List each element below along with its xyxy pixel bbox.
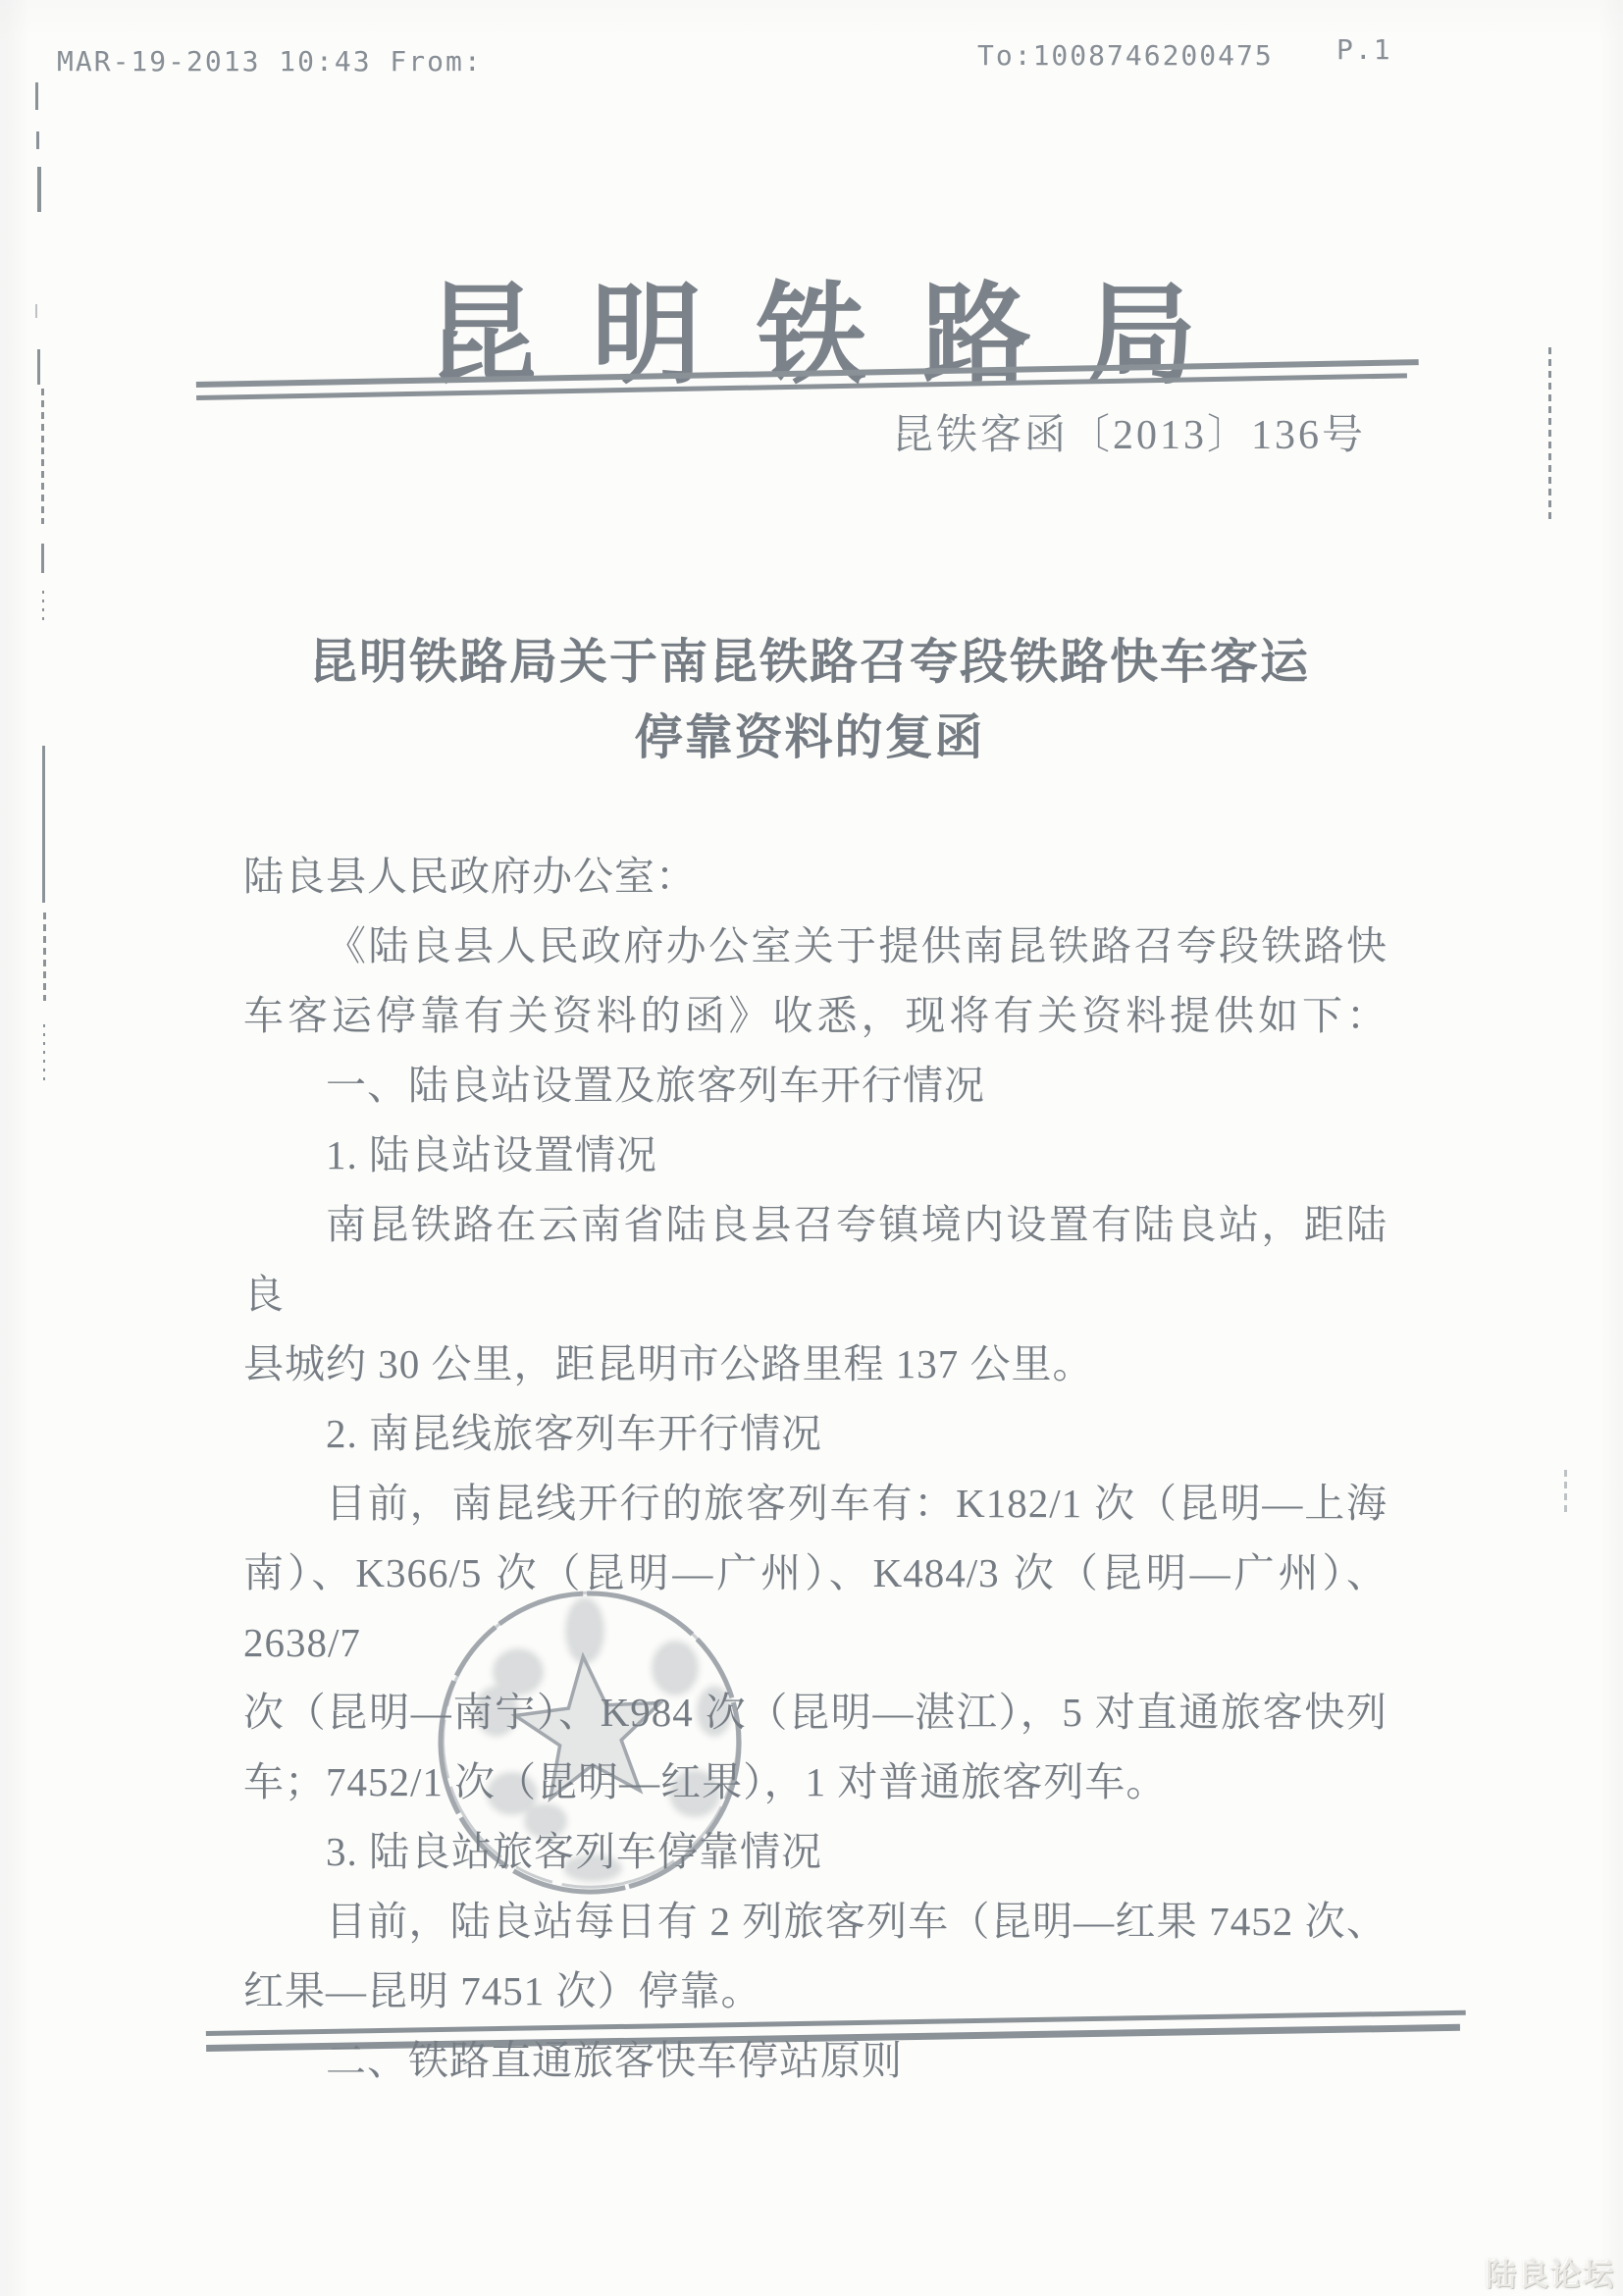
body-line: 县城约 30 公里，距昆明市公路里程 137 公里。 xyxy=(243,1330,1387,1399)
scan-artifact xyxy=(41,389,44,524)
body-line: 2. 南昆线旅客列车开行情况 xyxy=(243,1399,1387,1469)
body-line: 红果—昆明 7451 次）停靠。 xyxy=(243,1957,1387,2026)
body-line: 二、铁路直通旅客快车停站原则 xyxy=(243,2026,1387,2096)
body-line: 次（昆明—南宁）、K984 次（昆明—湛江），5 对直通旅客快列 xyxy=(243,1678,1387,1748)
scan-artifact xyxy=(35,304,37,318)
fax-page-number: P.1 xyxy=(1336,33,1392,66)
scan-artifact xyxy=(42,746,45,903)
scan-artifact xyxy=(35,82,38,110)
body-line: 南昆铁路在云南省陆良县召夸镇境内设置有陆良站，距陆良 xyxy=(243,1190,1387,1330)
body-line: 1. 陆良站设置情况 xyxy=(243,1121,1387,1190)
body-line: 3. 陆良站旅客列车停靠情况 xyxy=(243,1817,1387,1887)
scan-artifact xyxy=(37,167,41,212)
scan-artifact xyxy=(43,913,46,1001)
scan-artifact xyxy=(41,544,44,573)
forum-watermark: 陆良论坛 xyxy=(1486,2250,1615,2294)
body-line: 一、陆良站设置及旅客列车开行情况 xyxy=(243,1051,1387,1121)
scan-artifact xyxy=(37,349,40,385)
scan-artifact xyxy=(36,131,39,149)
document-title-line1: 昆明铁路局关于南昆铁路召夸段铁路快车客运 xyxy=(147,624,1472,700)
scan-artifact xyxy=(43,1024,45,1083)
fax-to-number: To:1008746200475 xyxy=(977,39,1274,72)
fax-date-from: MAR-19-2013 10:43 From: xyxy=(57,45,483,78)
scan-artifact xyxy=(42,591,44,622)
body-line: 南）、K366/5 次（昆明—广州）、K484/3 次（昆明—广州）、2638/… xyxy=(243,1539,1387,1678)
document-ref-number: 昆铁客函〔2013〕136号 xyxy=(0,402,1366,461)
document-title: 昆明铁路局关于南昆铁路召夸段铁路快车客运 停靠资料的复函 xyxy=(147,624,1472,775)
body-line: 陆良县人民政府办公室： xyxy=(243,842,1387,912)
document-title-line2: 停靠资料的复函 xyxy=(147,700,1472,775)
body-line: 《陆良县人民政府办公室关于提供南昆铁路召夸段铁路快 xyxy=(243,912,1387,981)
scan-artifact xyxy=(1548,347,1551,524)
scanned-fax-document: MAR-19-2013 10:43 From: To:1008746200475… xyxy=(0,0,1623,2296)
body-line: 车客运停靠有关资料的函》收悉，现将有关资料提供如下： xyxy=(243,981,1387,1051)
body-line: 目前，南昆线开行的旅客列车有：K182/1 次（昆明—上海 xyxy=(243,1469,1387,1539)
scan-artifact xyxy=(1564,1470,1567,1514)
body-line: 目前，陆良站每日有 2 列旅客列车（昆明—红果 7452 次、 xyxy=(243,1887,1387,1957)
body-line: 车；7452/1 次（昆明—红果），1 对普通旅客列车。 xyxy=(243,1748,1387,1817)
doc-body: 陆良县人民政府办公室：《陆良县人民政府办公室关于提供南昆铁路召夸段铁路快车客运停… xyxy=(243,842,1387,2096)
